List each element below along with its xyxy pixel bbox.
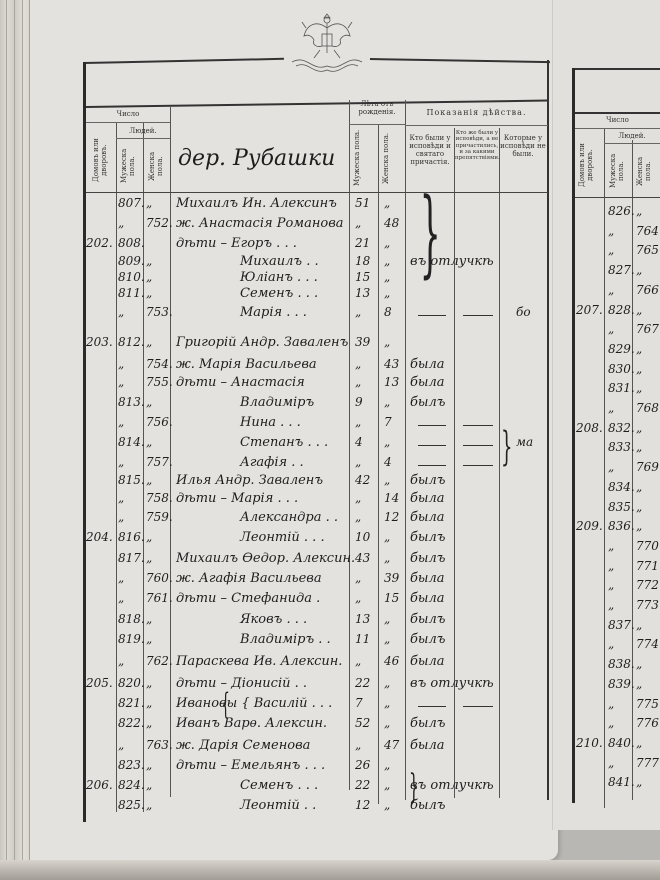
household-number: 202. [86, 236, 113, 250]
age-female: „ [384, 435, 390, 449]
age-female: „ [384, 395, 390, 409]
female-number: „ [146, 530, 152, 544]
male-number: „ [608, 322, 614, 336]
household-number: 204. [86, 530, 113, 544]
right-header-female: Женска пола. [636, 148, 654, 194]
female-number: „ [146, 696, 152, 710]
male-number: „ [608, 401, 614, 415]
male-number: 820. [118, 676, 145, 690]
confession-status: была [410, 357, 445, 372]
right-header-persons: Людей. [604, 132, 660, 140]
male-number: 831. [608, 381, 635, 395]
right-header-households: Домовъ или дворовъ. [578, 138, 600, 193]
female-number: 754. [146, 357, 173, 371]
male-number: „ [118, 375, 124, 389]
col-rule-3 [170, 107, 171, 797]
age-female: 39 [384, 571, 399, 585]
female-number: „ [636, 657, 642, 671]
confession-status: былъ [410, 551, 445, 566]
female-number: 759. [146, 510, 173, 524]
male-number: „ [608, 756, 614, 770]
male-number: 816. [118, 530, 145, 544]
age-male: „ [355, 510, 361, 524]
person-name: Владиміръ . . [240, 632, 331, 647]
male-number: 833. [608, 440, 635, 454]
age-female: 12 [384, 510, 399, 524]
female-number: „ [146, 335, 152, 349]
confession-status: въ отлучкѣ [410, 676, 494, 691]
age-female: 4 [384, 455, 392, 469]
person-name: Юліанъ . . . [240, 270, 318, 285]
female-number: 771. [636, 559, 660, 573]
col-rule-8 [499, 128, 500, 798]
right-col-rule-2 [632, 140, 633, 800]
status-dash [463, 425, 493, 426]
male-number: 840. [608, 736, 635, 750]
age-male: 43 [355, 551, 370, 565]
status-dash [418, 465, 446, 466]
brace-ivanovy: { [221, 690, 230, 720]
female-number: „ [146, 270, 152, 284]
person-name: дѣти – Емельянъ . . . [176, 758, 325, 773]
female-number: 775. [636, 697, 660, 711]
age-female: „ [384, 758, 390, 772]
confession-status: была [410, 510, 445, 525]
male-number: 841. [608, 775, 635, 789]
right-header-rule-number [575, 128, 660, 129]
male-number: 819. [118, 632, 145, 646]
village-heading: дер. Рубашки [178, 146, 335, 171]
left-page [30, 0, 558, 860]
header-not-confessed: Которые у исповѣди не были. [500, 134, 546, 158]
person-name: Григорій Андр. Заваленъ [176, 335, 348, 350]
person-name: Нина . . . [240, 415, 301, 430]
age-male: 51 [355, 196, 370, 210]
female-number: 770. [636, 539, 660, 553]
male-number: 810. [118, 270, 145, 284]
female-number: 766. [636, 283, 660, 297]
female-number: „ [146, 286, 152, 300]
confession-status: была [410, 654, 445, 669]
male-number: „ [608, 539, 614, 553]
male-number: 829. [608, 342, 635, 356]
header-male: Мужеска пола. [120, 142, 138, 190]
book-binding [0, 0, 34, 880]
female-number: „ [146, 798, 152, 812]
header-confessed-only: Кто же были у исповѣди, а не причастилис… [455, 130, 499, 162]
header-confessed: Кто были у исповѣди и святаго причастія. [406, 134, 454, 166]
female-number: „ [146, 778, 152, 792]
age-male: „ [355, 455, 361, 469]
male-number: 830. [608, 362, 635, 376]
female-number: 773. [636, 598, 660, 612]
confession-status: въ отлучкѣ [410, 778, 494, 793]
age-male: 7 [355, 696, 363, 710]
person-name: Иванъ Варѳ. Алексин. [176, 716, 327, 731]
brace-absent-group-1: } [420, 186, 441, 281]
age-male: 22 [355, 676, 370, 690]
age-male: 13 [355, 612, 370, 626]
age-male: „ [355, 375, 361, 389]
right-header-bottom [575, 197, 660, 198]
header-rule-number [86, 122, 170, 123]
household-number: 208. [576, 421, 603, 435]
age-female: 13 [384, 375, 399, 389]
person-name: ж. Марія Васильева [176, 357, 317, 372]
male-number: „ [118, 571, 124, 585]
person-name: дѣти – Анастасія [176, 375, 305, 390]
female-number: 753. [146, 305, 173, 319]
female-number: „ [636, 775, 642, 789]
person-name: Александра . . [240, 510, 338, 525]
person-name: Марія . . . [240, 305, 307, 320]
male-number: „ [118, 491, 124, 505]
header-age-male: Мужеска пола. [353, 128, 373, 188]
female-number: 757. [146, 455, 173, 469]
age-female: „ [384, 286, 390, 300]
age-male: 10 [355, 530, 370, 544]
female-number: 765. [636, 243, 660, 257]
person-name: Леонтій . . . [240, 530, 325, 545]
age-male: „ [355, 491, 361, 505]
household-number: 207. [576, 303, 603, 317]
male-number: 822. [118, 716, 145, 730]
age-male: 12 [355, 798, 370, 812]
male-number: „ [608, 578, 614, 592]
age-male: 21 [355, 236, 370, 250]
age-female: „ [384, 696, 390, 710]
person-name: ж. Агафія Васильева [176, 571, 322, 586]
male-number: „ [608, 637, 614, 651]
confession-status: былъ [410, 473, 445, 488]
male-number: „ [608, 697, 614, 711]
female-number: 774. [636, 637, 660, 651]
header-age: Лѣта отъ рожденія. [349, 100, 405, 116]
person-name: Яковъ . . . [240, 612, 307, 627]
male-number: 812. [118, 335, 145, 349]
male-number: 818. [118, 612, 145, 626]
col-rule-1 [116, 122, 117, 812]
male-number: „ [118, 738, 124, 752]
male-number: 823. [118, 758, 145, 772]
female-number: „ [636, 677, 642, 691]
male-number: „ [608, 598, 614, 612]
age-female: 46 [384, 654, 399, 668]
age-male: 42 [355, 473, 370, 487]
age-female: 15 [384, 591, 399, 605]
right-header-number: Число [575, 116, 660, 124]
female-number: „ [636, 303, 642, 317]
female-number: „ [636, 500, 642, 514]
male-number: „ [608, 283, 614, 297]
female-number: „ [146, 676, 152, 690]
household-number: 209. [576, 519, 603, 533]
female-number: 767. [636, 322, 660, 336]
male-number: 817. [118, 551, 145, 565]
header-rule-status [405, 125, 548, 126]
female-number: „ [146, 473, 152, 487]
age-female: „ [384, 335, 390, 349]
male-number: 838. [608, 657, 635, 671]
frame-right-border [547, 60, 549, 800]
age-female: „ [384, 530, 390, 544]
age-female: „ [384, 676, 390, 690]
age-male: 15 [355, 270, 370, 284]
female-number: 758. [146, 491, 173, 505]
brace-note-group-2: } [501, 427, 512, 467]
household-number: 205. [86, 676, 113, 690]
right-header-rule-persons [604, 143, 660, 144]
age-female: 7 [384, 415, 392, 429]
female-number: „ [146, 758, 152, 772]
male-number: 825. [118, 798, 145, 812]
age-male: 9 [355, 395, 363, 409]
male-number: „ [118, 357, 124, 371]
female-number: „ [636, 519, 642, 533]
female-number: „ [636, 342, 642, 356]
male-number: „ [118, 455, 124, 469]
age-male: 13 [355, 286, 370, 300]
age-female: „ [384, 632, 390, 646]
frame-left-border [83, 62, 86, 822]
person-name: Михаилъ . . [240, 254, 319, 269]
status-dash [463, 315, 493, 316]
confession-status: была [410, 375, 445, 390]
male-number: „ [118, 305, 124, 319]
confession-status: была [410, 491, 445, 506]
male-number: 814. [118, 435, 145, 449]
age-female: „ [384, 196, 390, 210]
person-name: дѣти – Егоръ . . . [176, 236, 297, 251]
female-number: „ [636, 440, 642, 454]
header-rule-age [349, 124, 405, 125]
status-dash [418, 315, 446, 316]
male-number: „ [118, 216, 124, 230]
female-number: „ [146, 435, 152, 449]
person-name: дѣти – Стефанида . [176, 591, 320, 606]
header-persons: Людей. [116, 127, 170, 135]
age-female: „ [384, 612, 390, 626]
age-male: „ [355, 305, 361, 319]
female-number: „ [636, 381, 642, 395]
male-number: 834. [608, 480, 635, 494]
age-male: „ [355, 216, 361, 230]
confession-status: былъ [410, 612, 445, 627]
female-number: „ [636, 421, 642, 435]
col-rule-5 [378, 124, 379, 804]
person-name: Семенъ . . . [240, 286, 318, 301]
person-name: Степанъ . . . [240, 435, 328, 450]
age-male: „ [355, 654, 361, 668]
female-number: „ [636, 736, 642, 750]
female-number: 777. [636, 756, 660, 770]
header-age-female: Женска пола. [382, 128, 402, 188]
age-male: „ [355, 738, 361, 752]
person-name: ж. Анастасія Романова [176, 216, 344, 231]
male-number: 826. [608, 204, 635, 218]
male-number: 808. [118, 236, 145, 250]
person-name: дѣти – Марія . . . [176, 491, 298, 506]
col-rule-4 [349, 100, 350, 790]
age-male: 11 [355, 632, 370, 646]
margin-note: ма [516, 435, 533, 449]
person-name: Владиміръ [240, 395, 314, 410]
status-dash [463, 706, 493, 707]
male-number: „ [608, 224, 614, 238]
person-name: Леонтій . . [240, 798, 316, 813]
male-number: „ [608, 559, 614, 573]
male-number: 813. [118, 395, 145, 409]
male-number: 839. [608, 677, 635, 691]
age-male: „ [355, 571, 361, 585]
right-frame-top [572, 68, 660, 70]
person-name: Ивановы { Василій . . . [176, 696, 332, 711]
female-number: „ [636, 263, 642, 277]
female-number: „ [636, 618, 642, 632]
col-rule-7 [454, 128, 455, 798]
female-number: 776. [636, 716, 660, 730]
imperial-eagle-emblem-icon [282, 6, 372, 78]
male-number: „ [608, 243, 614, 257]
confession-status: была [410, 571, 445, 586]
header-rule-persons [116, 138, 170, 139]
male-number: 807. [118, 196, 145, 210]
header-number: Число [86, 110, 170, 118]
age-female: 43 [384, 357, 399, 371]
confession-status: былъ [410, 632, 445, 647]
right-header-rule [575, 112, 660, 114]
male-number: „ [608, 716, 614, 730]
status-dash [463, 445, 493, 446]
age-female: „ [384, 551, 390, 565]
person-name: Семенъ . . . [240, 778, 318, 793]
right-header-male: Мужеска пола. [609, 148, 627, 194]
status-dash [418, 445, 446, 446]
brace-absent-group-3: } [409, 770, 419, 804]
confession-status: была [410, 591, 445, 606]
male-number: 835. [608, 500, 635, 514]
age-female: „ [384, 270, 390, 284]
female-number: 762. [146, 654, 173, 668]
age-female: 48 [384, 216, 399, 230]
female-number: „ [636, 204, 642, 218]
age-female: „ [384, 473, 390, 487]
female-number: 752. [146, 216, 173, 230]
male-number: 809. [118, 254, 145, 268]
confession-status: былъ [410, 395, 445, 410]
male-number: 815. [118, 473, 145, 487]
female-number: „ [146, 254, 152, 268]
person-name: Параскева Ив. Алексин. [176, 654, 342, 669]
male-number: „ [118, 510, 124, 524]
female-number: 768. [636, 401, 660, 415]
age-female: 47 [384, 738, 399, 752]
male-number: „ [608, 460, 614, 474]
person-name: Михаилъ Ин. Алексинъ [176, 196, 337, 211]
female-number: 761. [146, 591, 173, 605]
household-number: 210. [576, 736, 603, 750]
female-number: 763. [146, 738, 173, 752]
age-male: 4 [355, 435, 363, 449]
person-name: дѣти – Діонисій . . [176, 676, 307, 691]
age-female: „ [384, 716, 390, 730]
female-number: „ [146, 716, 152, 730]
person-name: Агафія . . [240, 455, 304, 470]
age-male: „ [355, 591, 361, 605]
female-number: 760. [146, 571, 173, 585]
age-female: 8 [384, 305, 392, 319]
status-dash [418, 425, 446, 426]
male-number: „ [118, 654, 124, 668]
page-bottom-edge [0, 860, 660, 880]
age-male: 22 [355, 778, 370, 792]
person-name: Илья Андр. Заваленъ [176, 473, 323, 488]
female-number: 756. [146, 415, 173, 429]
male-number: 832. [608, 421, 635, 435]
female-number: 769. [636, 460, 660, 474]
age-male: „ [355, 415, 361, 429]
female-number: „ [146, 395, 152, 409]
female-number: „ [146, 632, 152, 646]
right-col-rule-1 [604, 128, 605, 808]
male-number: 828. [608, 303, 635, 317]
status-dash [418, 706, 446, 707]
household-number: 206. [86, 778, 113, 792]
age-female: „ [384, 254, 390, 268]
age-female: „ [384, 778, 390, 792]
age-male: 52 [355, 716, 370, 730]
male-number: 824. [118, 778, 145, 792]
confession-status: была [410, 738, 445, 753]
age-female: 14 [384, 491, 399, 505]
male-number: 811. [118, 286, 145, 300]
header-status: Показанія дѣйства. [405, 108, 548, 117]
male-number: 837. [608, 618, 635, 632]
female-number: „ [636, 362, 642, 376]
confession-status: былъ [410, 716, 445, 731]
person-name: Михаилъ Өедор. Алексин. [176, 551, 355, 566]
age-male: 26 [355, 758, 370, 772]
male-number: 827. [608, 263, 635, 277]
header-female: Женска пола. [148, 142, 166, 190]
female-number: 772. [636, 578, 660, 592]
male-number: „ [118, 415, 124, 429]
header-households: Домовъ или дворовъ. [92, 132, 114, 188]
margin-note: бо [516, 305, 531, 319]
male-number: „ [118, 591, 124, 605]
age-female: „ [384, 798, 390, 812]
col-rule-6 [405, 100, 406, 800]
female-number: 755. [146, 375, 173, 389]
person-name: ж. Дарія Семенова [176, 738, 310, 753]
female-number: 764. [636, 224, 660, 238]
household-number: 203. [86, 335, 113, 349]
female-number: „ [636, 480, 642, 494]
age-male: 18 [355, 254, 370, 268]
age-male: „ [355, 357, 361, 371]
female-number: „ [146, 196, 152, 210]
age-female: „ [384, 236, 390, 250]
female-number: „ [146, 612, 152, 626]
female-number: „ [146, 551, 152, 565]
right-frame-left [572, 68, 575, 803]
header-bottom-rule [86, 192, 548, 193]
confession-status: былъ [410, 530, 445, 545]
age-male: 39 [355, 335, 370, 349]
male-number: 836. [608, 519, 635, 533]
status-dash [463, 465, 493, 466]
male-number: 821. [118, 696, 145, 710]
